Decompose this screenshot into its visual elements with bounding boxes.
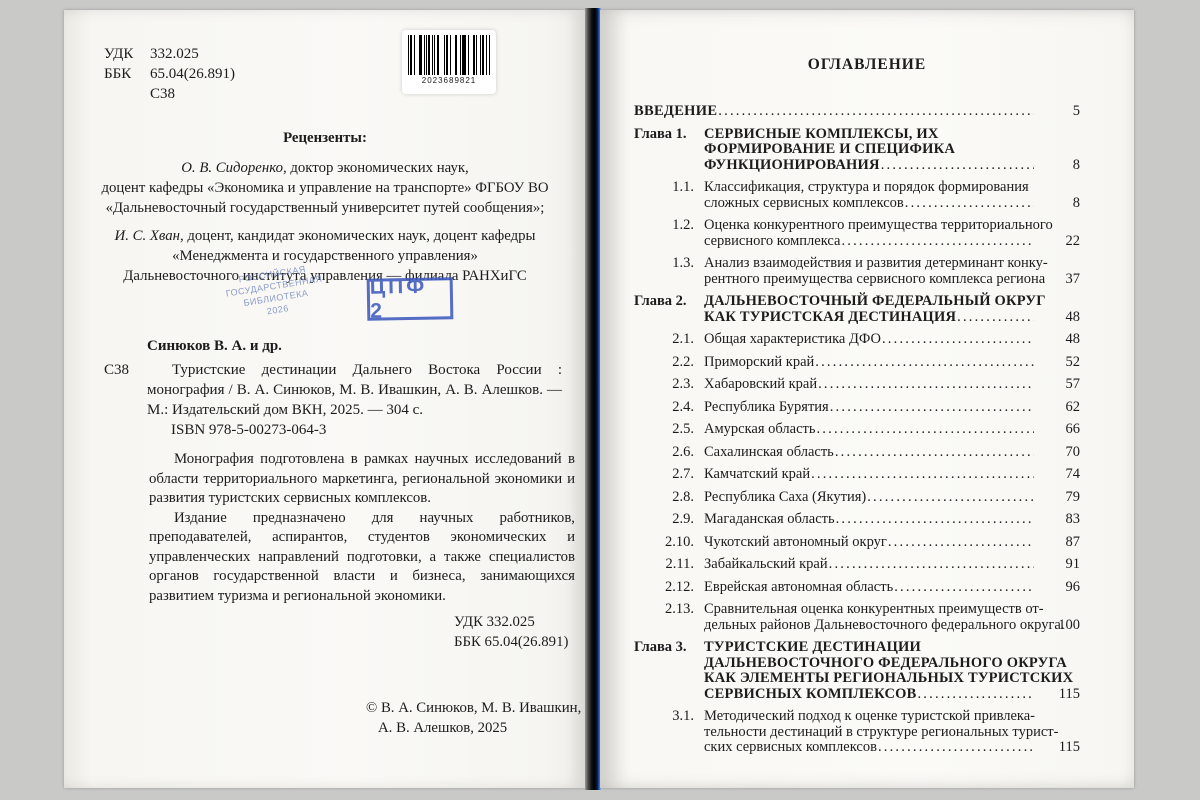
toc-entry: 2.9.Магаданская область.................… — [634, 512, 1080, 528]
toc-entry-number: 2.12. — [634, 580, 704, 596]
udk-bbk-bottom: УДК 332.025 ББК 65.04(26.891) — [454, 612, 568, 652]
toc-page-number: 8 — [1038, 158, 1080, 174]
toc-entry-number: 2.2. — [634, 355, 704, 371]
reviewer-name: И. С. Хван — [115, 228, 180, 244]
reviewers-heading: Рецензенты: — [84, 128, 566, 148]
toc-leader-dots: ........................................… — [877, 740, 1034, 756]
toc-entry-number: 1.1. — [634, 180, 704, 211]
toc-entry: 2.3.Хабаровский край....................… — [634, 377, 1080, 393]
isbn: ISBN 978-5-00273-064-3 — [171, 422, 326, 439]
toc-entry-number: 2.5. — [634, 422, 704, 438]
toc-entry-title: Классификация, структура и порядок форми… — [704, 179, 1029, 195]
annotation: Монография подготовлена в рамках научных… — [149, 450, 575, 606]
toc-entry-title: ФУНКЦИОНИРОВАНИЯ — [704, 158, 880, 174]
reviewer: О. В. Сидоренко, доктор экономических на… — [84, 158, 566, 218]
toc-page-number: 70 — [1038, 445, 1080, 461]
toc-entry-title: Сравнительная оценка конкурентных преиму… — [704, 601, 1044, 617]
toc-leader-dots: ........................................… — [717, 104, 1034, 120]
toc-entry-number: 3.1. — [634, 709, 704, 756]
toc-entry-number: 2.6. — [634, 445, 704, 461]
toc-entry: 2.11.Забайкальский край.................… — [634, 557, 1080, 573]
toc-page-number: 62 — [1038, 400, 1080, 416]
toc-page-number: 37 — [1038, 272, 1080, 288]
annotation-paragraph: Монография подготовлена в рамках научных… — [149, 450, 575, 509]
toc-entry: Глава 2.ДАЛЬНЕВОСТОЧНЫЙ ФЕДЕРАЛЬНЫЙ ОКРУ… — [634, 294, 1080, 325]
toc-entry-title: Еврейская автономная область — [704, 580, 893, 596]
catalog-code: С38 — [104, 360, 129, 380]
toc-page-number: 52 — [1038, 355, 1080, 371]
toc-page-number: 115 — [1038, 687, 1080, 703]
toc-entry-number: 2.7. — [634, 467, 704, 483]
toc-leader-dots: ........................................… — [880, 158, 1034, 174]
reviewer-line: «Дальневосточный государственный универс… — [84, 198, 566, 218]
toc-leader-dots: ........................................… — [840, 234, 1034, 250]
toc-page-number: 74 — [1038, 467, 1080, 483]
toc-entry-number: 2.11. — [634, 557, 704, 573]
toc-entry-number: 2.8. — [634, 490, 704, 506]
toc-entry-title: Республика Саха (Якутия) — [704, 490, 866, 506]
copyright-line: А. В. Алешков, 2025 — [366, 718, 581, 738]
reviewer-line: доцент кафедры «Экономика и управление н… — [84, 178, 566, 198]
annotation-paragraph: Издание предназначено для научных работн… — [149, 509, 575, 607]
toc-entry: 1.3.Анализ взаимодействия и развития дет… — [634, 256, 1080, 287]
toc-entry: 2.10.Чукотский автономный округ.........… — [634, 535, 1080, 551]
udk-bbk-block: УДК 332.025 ББК 65.04(26.891) С38 — [104, 44, 235, 104]
toc-entry: 2.1.Общая характеристика ДФО............… — [634, 332, 1080, 348]
toc-entry: 2.4.Республика Бурятия..................… — [634, 400, 1080, 416]
toc-entry-number: 2.4. — [634, 400, 704, 416]
copyright-line: © В. А. Синюков, М. В. Ивашкин, — [366, 698, 581, 718]
toc-entry-title: ДАЛЬНЕВОСТОЧНОГО ФЕДЕРАЛЬНОГО ОКРУГА — [704, 655, 1067, 671]
toc-page-number: 48 — [1038, 332, 1080, 348]
toc-entry-number: Глава 1. — [634, 127, 704, 174]
author-heading: Синюков В. А. и др. — [147, 338, 282, 355]
toc-entry-title: СЕРВИСНЫХ КОМПЛЕКСОВ — [704, 687, 916, 703]
udk-value: 332.025 — [150, 44, 235, 64]
toc-entry-title: Анализ взаимодействия и развития детерми… — [704, 255, 1048, 271]
right-page: ОГЛАВЛЕНИЕ ВВЕДЕНИЕ.....................… — [600, 10, 1134, 788]
author-code: С38 — [150, 84, 235, 104]
toc-entry-number: 2.10. — [634, 535, 704, 551]
toc-entry-title: Республика Бурятия — [704, 400, 829, 416]
toc-entry-title: дельных районов Дальневосточного федерал… — [704, 618, 1065, 634]
reviewer-degrees: , доктор экономических наук, — [283, 160, 469, 176]
toc-entry: Глава 3.ТУРИСТСКИЕ ДЕСТИНАЦИИДАЛЬНЕВОСТО… — [634, 640, 1080, 702]
library-barcode: 2023689821 — [402, 30, 496, 94]
toc-page-number: 8 — [1038, 196, 1080, 212]
barcode-bars-icon — [408, 35, 490, 75]
toc-entry: ВВЕДЕНИЕ................................… — [634, 104, 1080, 120]
toc-leader-dots: ........................................… — [817, 377, 1034, 393]
toc-entries: ВВЕДЕНИЕ................................… — [634, 104, 1080, 763]
left-page: УДК 332.025 ББК 65.04(26.891) С38 202368… — [64, 10, 586, 788]
toc-entry: 1.1.Классификация, структура и порядок ф… — [634, 180, 1080, 211]
toc-entry-title: тельности дестинаций в структуре региона… — [704, 724, 1058, 740]
toc-entry-number: 1.3. — [634, 256, 704, 287]
copyright-block: © В. А. Синюков, М. В. Ивашкин, А. В. Ал… — [366, 698, 581, 738]
toc-entry: 2.2.Приморский край.....................… — [634, 355, 1080, 371]
toc-entry-title: ФОРМИРОВАНИЕ И СПЕЦИФИКА — [704, 141, 955, 157]
toc-page-number: 115 — [1038, 740, 1080, 756]
toc-page-number: 91 — [1038, 557, 1080, 573]
udk-bottom-line: УДК 332.025 — [454, 612, 568, 632]
toc-leader-dots: ........................................… — [829, 400, 1034, 416]
toc-entry-title: сервисного комплекса — [704, 234, 840, 250]
toc-entry-title: Оценка конкурентного преимущества террит… — [704, 217, 1053, 233]
toc-entry-number: 2.9. — [634, 512, 704, 528]
toc-leader-dots: ........................................… — [881, 332, 1034, 348]
toc-entry-title: сложных сервисных комплексов — [704, 196, 904, 212]
toc-entry-title: рентного преимущества сервисного комплек… — [704, 272, 1045, 288]
toc-page-number: 100 — [1038, 618, 1080, 634]
toc-entry-title: СЕРВИСНЫЕ КОМПЛЕКСЫ, ИХ — [704, 126, 939, 142]
toc-page-number: 48 — [1038, 310, 1080, 326]
toc-entry: 2.8.Республика Саха (Якутия)............… — [634, 490, 1080, 506]
toc-leader-dots: ........................................… — [828, 557, 1034, 573]
bbk-value: 65.04(26.891) — [150, 64, 235, 84]
bbk-bottom-line: ББК 65.04(26.891) — [454, 632, 568, 652]
toc-entry-title: Камчатский край — [704, 467, 810, 483]
cpf-stamp: ЦПФ 2 — [367, 277, 454, 320]
toc-entry-title: ТУРИСТСКИЕ ДЕСТИНАЦИИ — [704, 639, 921, 655]
toc-entry-number: 2.1. — [634, 332, 704, 348]
toc-leader-dots: ........................................… — [916, 687, 1034, 703]
toc-entry-number: 1.2. — [634, 218, 704, 249]
toc-entry-title: КАК ЭЛЕМЕНТЫ РЕГИОНАЛЬНЫХ ТУРИСТСКИХ — [704, 670, 1073, 686]
toc-leader-dots: ........................................… — [956, 310, 1034, 326]
toc-leader-dots: ........................................… — [834, 445, 1034, 461]
toc-entry: 2.12.Еврейская автономная область.......… — [634, 580, 1080, 596]
toc-leader-dots: ........................................… — [815, 422, 1034, 438]
catalog-entry: С38 Туристские дестинации Дальнего Восто… — [104, 360, 562, 420]
toc-leader-dots: ........................................… — [866, 490, 1034, 506]
toc-entry-title: КАК ТУРИСТСКАЯ ДЕСТИНАЦИЯ — [704, 310, 956, 326]
toc-entry-number: 2.3. — [634, 377, 704, 393]
book-spine — [585, 8, 601, 790]
toc-page-number: 79 — [1038, 490, 1080, 506]
toc-entry-title: ских сервисных комплексов — [704, 740, 877, 756]
toc-entry: 3.1.Методический подход к оценке туристс… — [634, 709, 1080, 756]
toc-leader-dots: ........................................… — [904, 196, 1034, 212]
toc-entry: 1.2.Оценка конкурентного преимущества те… — [634, 218, 1080, 249]
toc-leader-dots: ........................................… — [835, 512, 1034, 528]
barcode-number: 2023689821 — [408, 76, 490, 85]
bbk-label: ББК — [104, 64, 150, 84]
udk-label: УДК — [104, 44, 150, 64]
toc-entry-title: Методический подход к оценке туристской … — [704, 708, 1035, 724]
toc-leader-dots: ........................................… — [814, 355, 1034, 371]
toc-page-number: 66 — [1038, 422, 1080, 438]
toc-entry: Глава 1.СЕРВИСНЫЕ КОМПЛЕКСЫ, ИХФОРМИРОВА… — [634, 127, 1080, 174]
toc-entry-title: Сахалинская область — [704, 445, 834, 461]
toc-entry-title: Общая характеристика ДФО — [704, 332, 881, 348]
toc-entry-title: Приморский край — [704, 355, 814, 371]
toc-page-number: 5 — [1038, 104, 1080, 120]
toc-entry-number: Глава 2. — [634, 294, 704, 325]
toc-title: ОГЛАВЛЕНИЕ — [600, 56, 1134, 74]
toc-entry: 2.13.Сравнительная оценка конкурентных п… — [634, 602, 1080, 633]
toc-entry: 2.7.Камчатский край.....................… — [634, 467, 1080, 483]
toc-entry-title: ДАЛЬНЕВОСТОЧНЫЙ ФЕДЕРАЛЬНЫЙ ОКРУГ — [704, 293, 1046, 309]
toc-page-number: 96 — [1038, 580, 1080, 596]
toc-leader-dots: ........................................… — [887, 535, 1034, 551]
toc-entry-number: 2.13. — [634, 602, 704, 633]
toc-leader-dots: ........................................… — [893, 580, 1034, 596]
toc-entry-title: Забайкальский край — [704, 557, 828, 573]
catalog-text: Туристские дестинации Дальнего Востока Р… — [147, 360, 562, 420]
toc-page-number: 83 — [1038, 512, 1080, 528]
toc-entry-title: Чукотский автономный округ — [704, 535, 887, 551]
toc-page-number: 87 — [1038, 535, 1080, 551]
toc-entry-title: Хабаровский край — [704, 377, 817, 393]
toc-entry-title: Магаданская область — [704, 512, 835, 528]
toc-page-number: 57 — [1038, 377, 1080, 393]
toc-entry-title: ВВЕДЕНИЕ — [634, 104, 717, 120]
reviewer-name: О. В. Сидоренко — [181, 160, 283, 176]
toc-entry: 2.6.Сахалинская область.................… — [634, 445, 1080, 461]
toc-entry-number: Глава 3. — [634, 640, 704, 702]
toc-leader-dots: ........................................… — [810, 467, 1034, 483]
toc-entry: 2.5.Амурская область....................… — [634, 422, 1080, 438]
reviewer-degrees: , доцент, кандидат экономических наук, д… — [180, 228, 536, 244]
toc-entry-title: Амурская область — [704, 422, 815, 438]
toc-page-number: 22 — [1038, 234, 1080, 250]
